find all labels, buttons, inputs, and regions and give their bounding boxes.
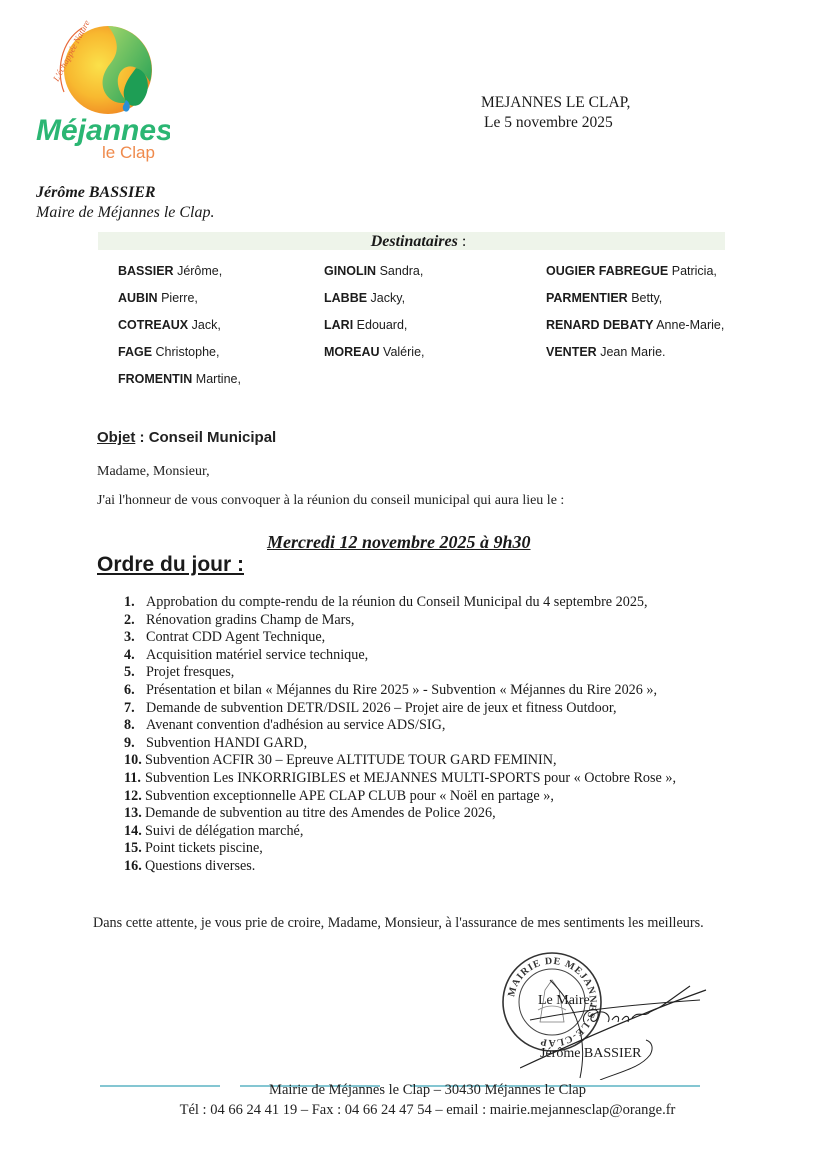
agenda-item-text: Subvention exceptionnelle APE CLAP CLUB … [145,788,554,806]
agenda-item-number: 14. [124,823,145,841]
agenda-item: 9.Subvention HANDI GARD, [124,735,744,753]
agenda-item-text: Subvention Les INKORRIGIBLES et MEJANNES… [145,770,676,788]
agenda-item-text: Point tickets piscine, [145,840,263,858]
agenda-item-number: 5. [124,664,146,682]
agenda-item-number: 13. [124,805,145,823]
recipient: OUGIER FABREGUE Patricia, [546,262,724,289]
agenda-list: 1.Approbation du compte-rendu de la réun… [124,594,744,876]
closing-paragraph: Dans cette attente, je vous prie de croi… [93,914,723,932]
recipient: PARMENTIER Betty, [546,289,724,316]
meeting-date: Mercredi 12 novembre 2025 à 9h30 [267,531,530,553]
recipient: FROMENTIN Martine, [118,370,241,397]
agenda-item-number: 3. [124,629,146,647]
agenda-item-number: 2. [124,612,146,630]
recipient: BASSIER Jérôme, [118,262,241,289]
agenda-item-text: Approbation du compte-rendu de la réunio… [146,594,648,612]
agenda-item: 3.Contrat CDD Agent Technique, [124,629,744,647]
agenda-item-number: 8. [124,717,146,735]
mejannes-logo-icon: L'échappée Nature Méjannes le Clap [30,12,170,162]
handwritten-signature [520,960,720,1080]
recipient: COTREAUX Jack, [118,316,241,343]
recipients-column-2: GINOLIN Sandra, LABBE Jacky, LARI Edouar… [324,262,425,370]
agenda-item-text: Questions diverses. [145,858,255,876]
sender-name: Jérôme BASSIER [36,183,156,203]
agenda-item: 15.Point tickets piscine, [124,840,744,858]
agenda-item-text: Demande de subvention au titre des Amend… [145,805,496,823]
agenda-item-text: Projet fresques, [146,664,234,682]
agenda-item-text: Suivi de délégation marché, [145,823,303,841]
agenda-item-number: 12. [124,788,145,806]
recipients-label-suffix: : [458,233,466,250]
agenda-item: 2.Rénovation gradins Champ de Mars, [124,612,744,630]
recipients-column-1: BASSIER Jérôme, AUBIN Pierre, COTREAUX J… [118,262,241,397]
agenda-item: 6.Présentation et bilan « Méjannes du Ri… [124,682,744,700]
agenda-item-text: Subvention HANDI GARD, [146,735,307,753]
agenda-item: 7.Demande de subvention DETR/DSIL 2026 –… [124,700,744,718]
recipient: FAGE Christophe, [118,343,241,370]
footer-address: Mairie de Méjannes le Clap – 30430 Méjan… [0,1081,827,1099]
svg-text:le Clap: le Clap [102,143,155,162]
agenda-item-text: Demande de subvention DETR/DSIL 2026 – P… [146,700,617,718]
agenda-item-text: Avenant convention d'adhésion au service… [146,717,445,735]
agenda-item: 13.Demande de subvention au titre des Am… [124,805,744,823]
agenda-item-number: 15. [124,840,145,858]
agenda-item: 1.Approbation du compte-rendu de la réun… [124,594,744,612]
agenda-item-text: Subvention ACFIR 30 – Epreuve ALTITUDE T… [145,752,557,770]
agenda-item-number: 7. [124,700,146,718]
agenda-item: 10.Subvention ACFIR 30 – Epreuve ALTITUD… [124,752,744,770]
recipients-heading: Destinataires : [0,232,827,252]
subject-label: Objet [97,429,135,446]
sender-title: Maire de Méjannes le Clap. [36,203,214,223]
agenda-item-number: 9. [124,735,146,753]
subject-value: Conseil Municipal [149,429,277,446]
agenda-item: 4.Acquisition matériel service technique… [124,647,744,665]
handwritten-signature-icon [520,960,720,1080]
agenda-item: 16.Questions diverses. [124,858,744,876]
agenda-item-number: 4. [124,647,146,665]
municipality-logo: L'échappée Nature Méjannes le Clap [30,12,170,162]
footer-divider [100,1074,700,1076]
agenda-item-number: 6. [124,682,146,700]
recipient: MOREAU Valérie, [324,343,425,370]
agenda-item-number: 16. [124,858,145,876]
agenda-item-number: 10. [124,752,145,770]
intro-paragraph: J'ai l'honneur de vous convoquer à la ré… [97,492,564,510]
agenda-item-number: 11. [124,770,145,788]
recipient: AUBIN Pierre, [118,289,241,316]
recipient: RENARD DEBATY Anne-Marie, [546,316,724,343]
recipients-list: BASSIER Jérôme, AUBIN Pierre, COTREAUX J… [0,262,827,392]
agenda-item-number: 1. [124,594,146,612]
recipients-label: Destinataires [371,233,458,250]
agenda-item-text: Présentation et bilan « Méjannes du Rire… [146,682,657,700]
agenda-item-text: Rénovation gradins Champ de Mars, [146,612,354,630]
agenda-item: 5.Projet fresques, [124,664,744,682]
recipient: LABBE Jacky, [324,289,425,316]
subject-separator: : [135,429,148,446]
salutation: Madame, Monsieur, [97,463,210,481]
recipient: LARI Edouard, [324,316,425,343]
agenda-item-text: Contrat CDD Agent Technique, [146,629,325,647]
letter-place: MEJANNES LE CLAP, [481,93,630,113]
agenda-item: 8.Avenant convention d'adhésion au servi… [124,717,744,735]
agenda-item: 11.Subvention Les INKORRIGIBLES et MEJAN… [124,770,744,788]
recipient: VENTER Jean Marie. [546,343,724,370]
subject-line: Objet : Conseil Municipal [97,428,276,448]
recipient: GINOLIN Sandra, [324,262,425,289]
agenda-item-text: Acquisition matériel service technique, [146,647,368,665]
footer-contact: Tél : 04 66 24 41 19 – Fax : 04 66 24 47… [0,1101,827,1119]
letter-date: Le 5 novembre 2025 [484,113,613,133]
agenda-item: 14.Suivi de délégation marché, [124,823,744,841]
agenda-title: Ordre du jour : [97,552,244,578]
agenda-item: 12.Subvention exceptionnelle APE CLAP CL… [124,788,744,806]
recipients-column-3: OUGIER FABREGUE Patricia, PARMENTIER Bet… [546,262,724,370]
